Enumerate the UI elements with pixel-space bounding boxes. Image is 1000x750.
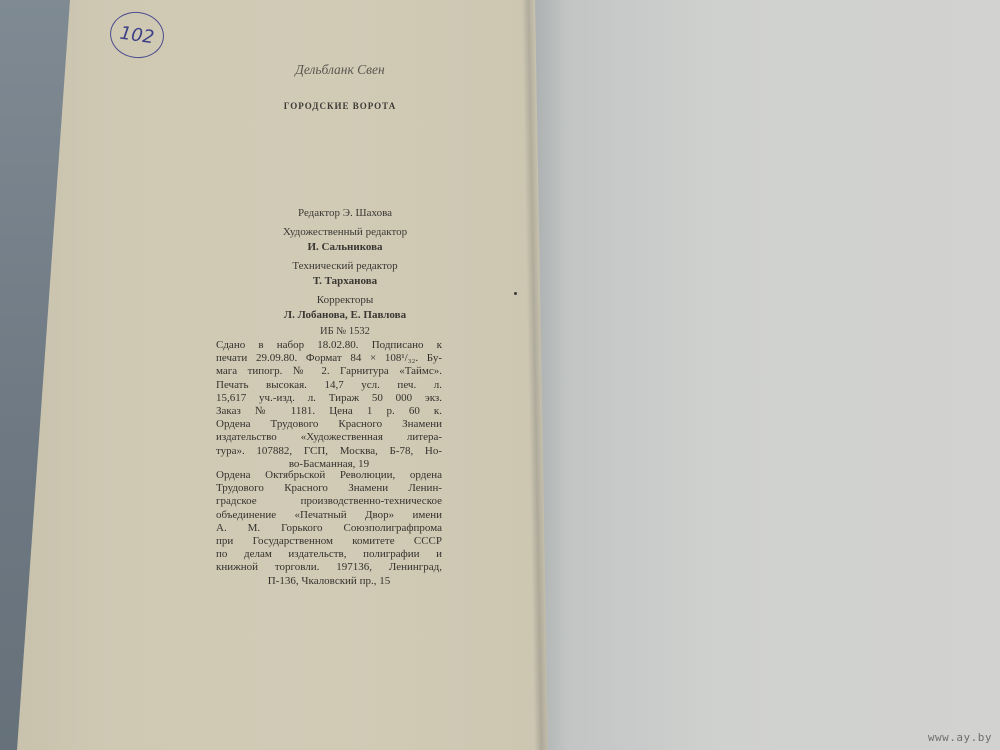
credit-editor: Редактор Э. Шахова <box>250 206 440 222</box>
printer-line: книжной торговли. 197136, Ленинград, <box>216 561 442 574</box>
printer-line: Трудового Красного Знамени Ленин- <box>216 482 442 495</box>
publication-line: мага типогр. № 2. Гарнитура «Таймс». <box>216 365 442 378</box>
publication-line: тура». 107882, ГСП, Москва, Б-78, Но- <box>216 445 442 458</box>
credit-proofreaders-role: Корректоры <box>250 293 440 309</box>
credits-section: Редактор Э. Шахова Художественный редакт… <box>250 206 440 327</box>
printer-line: Ордена Октябрьской Революции, ордена <box>216 469 442 482</box>
printer-line: А. М. Горького Союзполиграфпрома <box>216 522 442 535</box>
publication-line: печати 29.09.80. Формат 84 × 108¹/₃₂. Бу… <box>216 352 442 365</box>
stamp-number: 102 <box>119 22 156 48</box>
credit-art-editor-name: И. Сальникова <box>250 240 440 256</box>
publication-line: 15,617 уч.-изд. л. Тираж 50 000 экз. <box>216 392 442 405</box>
publication-details: Сдано в набор 18.02.80. Подписано к печа… <box>216 339 442 471</box>
credit-art-editor-role: Художественный редактор <box>250 225 440 241</box>
paper-speck <box>514 292 517 295</box>
publication-line: Заказ № 1181. Цена 1 р. 60 к. <box>216 405 442 418</box>
publication-line: Ордена Трудового Красного Знамени <box>216 418 442 431</box>
publication-line: издательство «Художественная литера- <box>216 431 442 444</box>
printer-line: П-136, Чкаловский пр., 15 <box>216 575 442 588</box>
credit-tech-editor-name: Т. Тарханова <box>250 274 440 290</box>
book-title: ГОРОДСКИЕ ВОРОТА <box>250 101 430 111</box>
printer-line: при Государственном комитете СССР <box>216 535 442 548</box>
printer-line: градское производственно-техническое <box>216 495 442 508</box>
printer-details: Ордена Октябрьской Революции, ордена Тру… <box>216 469 442 588</box>
right-blank-page <box>530 0 1000 750</box>
book-photo: 102 Дельбланк Свен ГОРОДСКИЕ ВОРОТА Реда… <box>0 0 1000 750</box>
site-watermark: www.ay.by <box>928 731 992 744</box>
credit-proofreaders-names: Л. Лобанова, Е. Павлова <box>250 308 440 324</box>
credit-tech-editor-role: Технический редактор <box>250 259 440 275</box>
publication-line: Печать высокая. 14,7 усл. печ. л. <box>216 379 442 392</box>
publication-line: Сдано в набор 18.02.80. Подписано к <box>216 339 442 352</box>
printer-line: по делам издательств, полиграфии и <box>216 548 442 561</box>
printer-line: объединение «Печатный Двор» имени <box>216 509 442 522</box>
ib-number: ИБ № 1532 <box>250 326 440 337</box>
book-author: Дельбланк Свен <box>250 62 430 78</box>
